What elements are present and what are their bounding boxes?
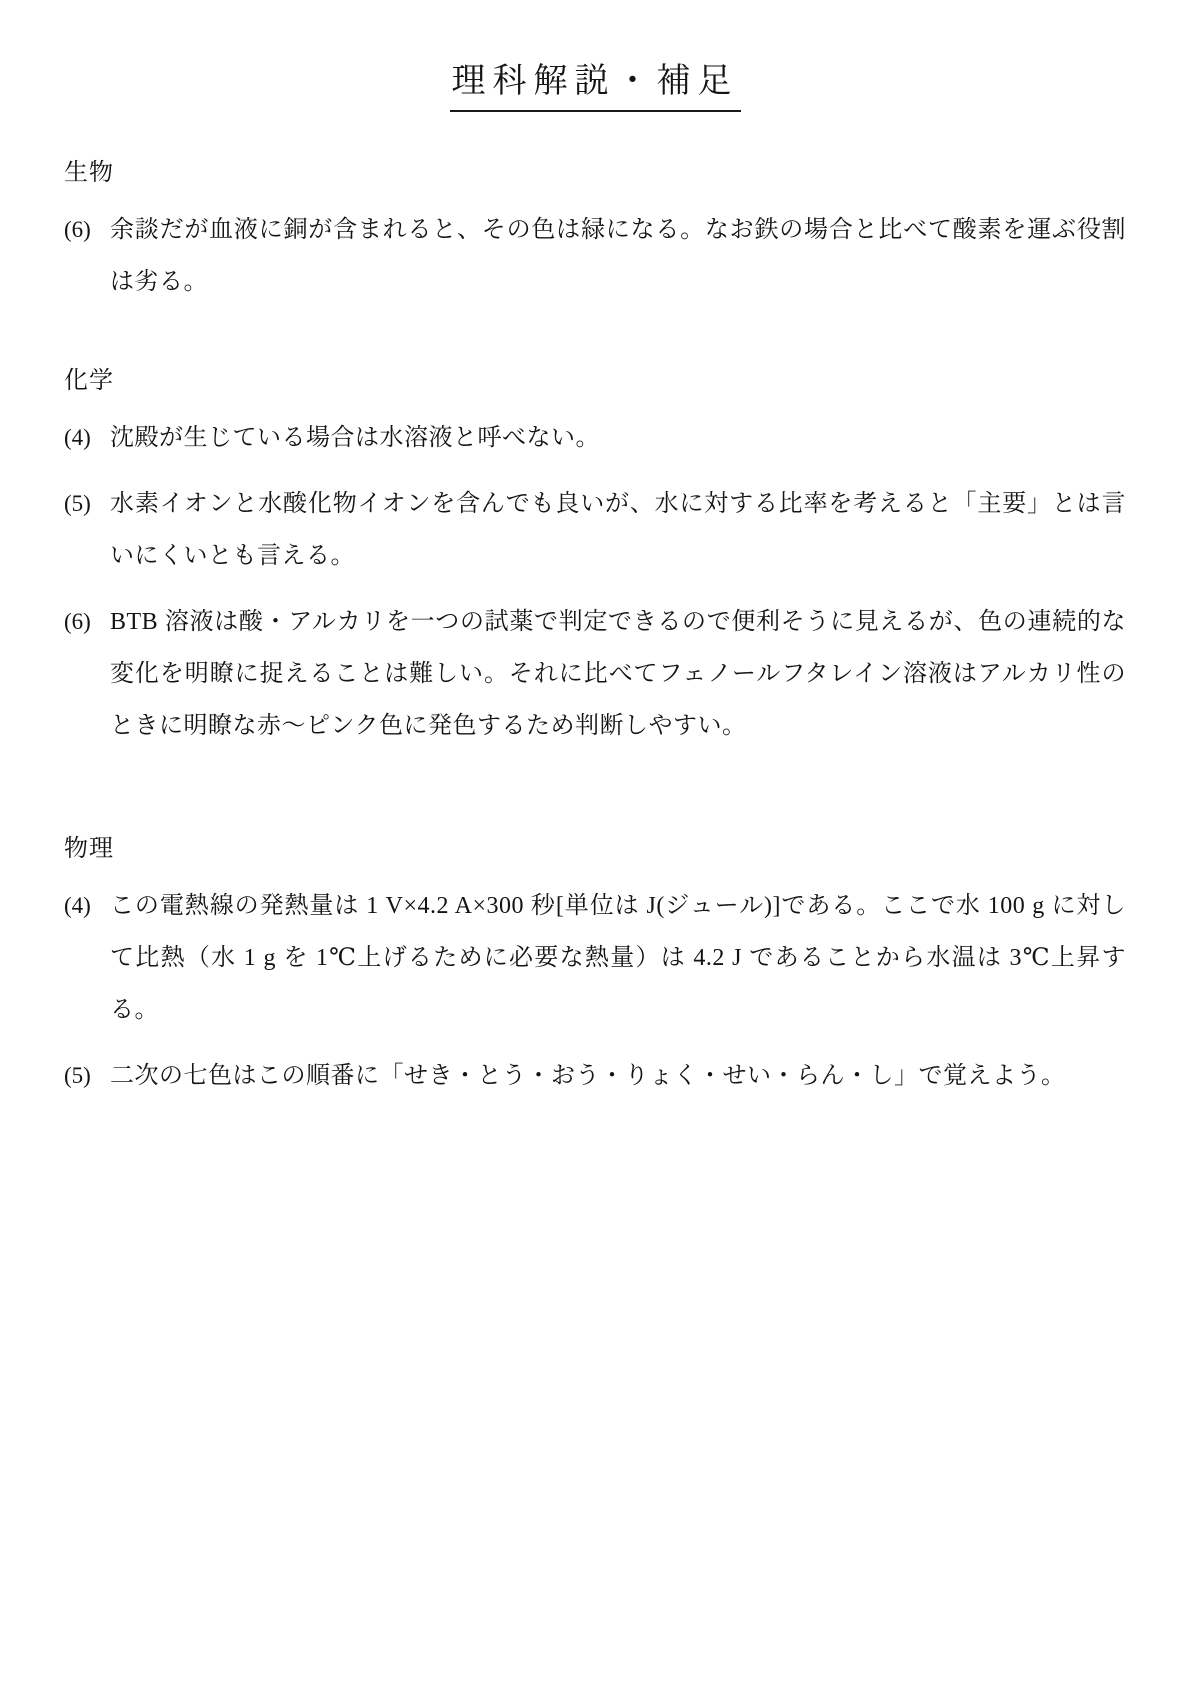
list-item: (5) 二次の七色はこの順番に「せき・とう・おう・りょく・せい・らん・し」で覚え… [64, 1050, 1126, 1102]
list-item-number: (4) [64, 880, 110, 1036]
section-heading-biology: 生物 [64, 156, 1126, 190]
list-item-text: 水素イオンと水酸化物イオンを含んでも良いが、水に対する比率を考えると「主要」とは… [110, 478, 1126, 582]
list-item: (4) この電熱線の発熱量は 1 V×4.2 A×300 秒[単位は J(ジュー… [64, 880, 1126, 1036]
list-item: (6) 余談だが血液に銅が含まれると、その色は緑になる。なお鉄の場合と比べて酸素… [64, 204, 1126, 308]
list-item-number: (4) [64, 412, 110, 464]
section-biology: 生物 (6) 余談だが血液に銅が含まれると、その色は緑になる。なお鉄の場合と比べ… [64, 156, 1126, 308]
list-item-text: BTB 溶液は酸・アルカリを一つの試薬で判定できるので便利そうに見えるが、色の連… [110, 596, 1126, 752]
list-item-number: (6) [64, 204, 110, 308]
section-physics: 物理 (4) この電熱線の発熱量は 1 V×4.2 A×300 秒[単位は J(… [64, 832, 1126, 1102]
list-item-number: (6) [64, 596, 110, 752]
list-item-text: 二次の七色はこの順番に「せき・とう・おう・りょく・せい・らん・し」で覚えよう。 [110, 1050, 1126, 1102]
list-item-text: 沈殿が生じている場合は水溶液と呼べない。 [110, 412, 1126, 464]
list-item: (4) 沈殿が生じている場合は水溶液と呼べない。 [64, 412, 1126, 464]
list-item-number: (5) [64, 1050, 110, 1102]
document-title: 理科解説・補足 [450, 58, 741, 112]
document-page: 理科解説・補足 生物 (6) 余談だが血液に銅が含まれると、その色は緑になる。な… [0, 0, 1190, 1683]
list-item-number: (5) [64, 478, 110, 582]
list-item: (6) BTB 溶液は酸・アルカリを一つの試薬で判定できるので便利そうに見えるが… [64, 596, 1126, 752]
section-heading-chemistry: 化学 [64, 364, 1126, 398]
list-item-text: 余談だが血液に銅が含まれると、その色は緑になる。なお鉄の場合と比べて酸素を運ぶ役… [110, 204, 1126, 308]
document-title-row: 理科解説・補足 [64, 58, 1126, 112]
section-heading-physics: 物理 [64, 832, 1126, 866]
list-item-text: この電熱線の発熱量は 1 V×4.2 A×300 秒[単位は J(ジュール)]で… [110, 880, 1126, 1036]
list-item: (5) 水素イオンと水酸化物イオンを含んでも良いが、水に対する比率を考えると「主… [64, 478, 1126, 582]
section-chemistry: 化学 (4) 沈殿が生じている場合は水溶液と呼べない。 (5) 水素イオンと水酸… [64, 364, 1126, 752]
